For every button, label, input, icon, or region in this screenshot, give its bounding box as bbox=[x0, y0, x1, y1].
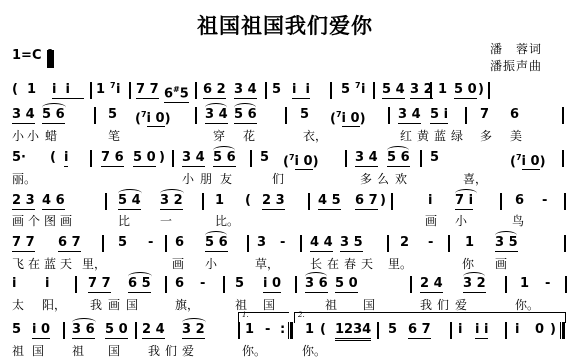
lyric: 欢 bbox=[395, 170, 407, 187]
lyric: 红 bbox=[400, 127, 412, 144]
note-group: (7i 0) bbox=[330, 107, 366, 127]
dash: - bbox=[148, 235, 153, 251]
note-group: 2 4 bbox=[142, 322, 165, 339]
lyric: 爱 bbox=[182, 342, 194, 359]
lyric: 太 bbox=[12, 296, 24, 313]
note: 5 bbox=[341, 82, 350, 98]
lyric: 在 bbox=[327, 255, 339, 272]
lyric: 喜， bbox=[463, 170, 487, 187]
lyric: 祖 bbox=[72, 342, 84, 359]
lyric: 鸟 bbox=[512, 212, 524, 229]
note: i bbox=[515, 322, 519, 338]
note-group: 7 7 bbox=[136, 82, 159, 99]
lyric: 国 bbox=[363, 296, 375, 313]
lyric: 美 bbox=[510, 127, 522, 144]
lyric: 个 bbox=[28, 212, 40, 229]
note-group: 1234 bbox=[335, 322, 371, 341]
grace-note: 7 bbox=[355, 78, 361, 94]
paren: ) bbox=[478, 82, 484, 98]
lyric: 蜡 bbox=[45, 127, 57, 144]
note: 5 bbox=[272, 82, 281, 98]
lyric: 比 bbox=[118, 212, 130, 229]
paren: ( bbox=[320, 322, 326, 338]
slur bbox=[42, 103, 66, 112]
dash: - bbox=[545, 276, 550, 292]
lyric: 笔 bbox=[108, 127, 120, 144]
paren: ) bbox=[380, 193, 386, 209]
lyric: 你。 bbox=[242, 342, 266, 359]
lyric: 蓝 bbox=[44, 255, 56, 272]
note: i bbox=[64, 150, 68, 167]
note: 3 bbox=[257, 235, 266, 251]
note: 5 bbox=[430, 150, 439, 166]
note-group: 5 0 bbox=[335, 276, 358, 293]
lyric: 旗， bbox=[175, 296, 199, 313]
lyric: 小 bbox=[455, 212, 467, 229]
note-group: i 0 bbox=[263, 276, 281, 293]
lyric: 画 bbox=[172, 255, 184, 272]
lyric: 丽。 bbox=[12, 170, 36, 187]
lyric: 春 bbox=[344, 255, 356, 272]
note-group: 3 4 bbox=[234, 82, 257, 99]
note-group: 5 0 bbox=[133, 150, 156, 167]
note-group: 2 3 bbox=[262, 193, 285, 210]
note: 1 bbox=[27, 82, 36, 98]
lyric: 里。 bbox=[388, 255, 412, 272]
slur bbox=[305, 272, 327, 281]
key-signature: 1=C bbox=[12, 48, 41, 63]
note-group: i 0 bbox=[32, 322, 50, 339]
note-group: 3 5 bbox=[340, 235, 363, 252]
slur bbox=[205, 231, 227, 240]
note: 6 bbox=[175, 276, 184, 292]
dash: - bbox=[280, 235, 285, 251]
lyric: 么 bbox=[377, 170, 389, 187]
repeat-barline bbox=[288, 322, 293, 339]
note: 1 bbox=[305, 322, 314, 338]
lyric: 绿 bbox=[451, 127, 463, 144]
note-group: 7 7 bbox=[12, 235, 35, 252]
lyric: 国 bbox=[263, 296, 275, 313]
lyric: 小 bbox=[182, 170, 194, 187]
paren: ) bbox=[550, 322, 556, 338]
note-group: 7 6 bbox=[101, 150, 124, 167]
note-group: 2 4 bbox=[420, 276, 443, 293]
note-group: 3 4 bbox=[12, 107, 35, 124]
dash: - bbox=[265, 322, 270, 338]
lyric: 朋 bbox=[200, 170, 212, 187]
lyric: 蓝 bbox=[434, 127, 446, 144]
slur bbox=[213, 146, 235, 155]
paren: ( bbox=[245, 193, 251, 209]
paren: ( bbox=[12, 82, 18, 98]
lyric: 比。 bbox=[215, 212, 239, 229]
paren: ( bbox=[50, 150, 56, 166]
note: i bbox=[458, 322, 462, 338]
lyric: 衣， bbox=[303, 127, 327, 144]
time-signature: 2 4 bbox=[47, 49, 53, 63]
note: i bbox=[116, 82, 120, 98]
lyric: 画 bbox=[12, 212, 24, 229]
note-group: ii bbox=[52, 82, 84, 99]
note-group: 3 4 bbox=[182, 150, 205, 167]
slur bbox=[205, 103, 227, 112]
slur bbox=[455, 189, 477, 198]
slur bbox=[495, 231, 517, 240]
lyric: 小 bbox=[205, 255, 217, 272]
note-group: 6 7 bbox=[355, 193, 378, 210]
note-group: 6 2 bbox=[203, 82, 226, 99]
note-group: 5· bbox=[12, 150, 26, 166]
note: 2 bbox=[400, 235, 409, 251]
lyricist-credit: 潘 蓉词 bbox=[490, 40, 542, 57]
note: 1 bbox=[96, 82, 105, 98]
lyric: 我 bbox=[420, 296, 432, 313]
note: 5 bbox=[108, 107, 117, 123]
lyric: 草， bbox=[255, 255, 279, 272]
lyric: 飞 bbox=[12, 255, 24, 272]
slur bbox=[72, 318, 96, 327]
note: 1 bbox=[438, 82, 447, 98]
paren: ) bbox=[159, 150, 165, 166]
note: 5 bbox=[235, 276, 244, 292]
note-group: 5 0 bbox=[105, 322, 128, 339]
note-group: 6#5 bbox=[164, 82, 189, 103]
note: 1 bbox=[215, 193, 224, 209]
note-group: 5 i bbox=[430, 107, 448, 124]
note: 5 bbox=[388, 322, 397, 338]
lyric: 你。 bbox=[515, 296, 539, 313]
note-group: 6 7 bbox=[58, 235, 81, 252]
lyric: 长 bbox=[310, 255, 322, 272]
slur bbox=[463, 272, 485, 281]
lyric: 我 bbox=[148, 342, 160, 359]
lyric: 画 bbox=[425, 212, 437, 229]
key-time-signature: 1=C 2 4 bbox=[12, 48, 53, 63]
note-group: 5 4 bbox=[382, 82, 405, 99]
repeat-sign: : bbox=[280, 322, 285, 338]
slur bbox=[128, 272, 152, 281]
lyric: 友 bbox=[220, 170, 232, 187]
slur bbox=[234, 103, 256, 112]
lyric: 你。 bbox=[302, 342, 326, 359]
note: 1 bbox=[465, 235, 474, 251]
note: 7 bbox=[480, 107, 489, 123]
note-group: 3 4 bbox=[355, 150, 378, 167]
note: 5 bbox=[118, 235, 127, 251]
note: i bbox=[428, 193, 432, 209]
note-group: 4 5 bbox=[318, 193, 341, 210]
note: i bbox=[12, 276, 16, 292]
note: 5 bbox=[300, 107, 309, 123]
note-group: (7i 0) bbox=[510, 150, 546, 170]
lyric: 画 bbox=[60, 212, 72, 229]
note-group: (7i 0) bbox=[135, 107, 171, 127]
note-group: i i bbox=[292, 82, 310, 99]
lyric: 们 bbox=[437, 296, 449, 313]
dash: - bbox=[428, 235, 433, 251]
lyric: 国 bbox=[126, 296, 138, 313]
lyric: 祖 bbox=[325, 296, 337, 313]
dash: - bbox=[542, 193, 547, 209]
dash: - bbox=[200, 276, 205, 292]
composer-credit: 潘振声曲 bbox=[490, 57, 542, 74]
note-group: 5 0 bbox=[454, 82, 477, 99]
lyric: 小 bbox=[27, 127, 39, 144]
note-group: i i bbox=[475, 322, 488, 339]
lyric: 画 bbox=[108, 296, 120, 313]
note: 1 bbox=[520, 276, 529, 292]
slur bbox=[118, 189, 142, 198]
note-group: 2 3 bbox=[12, 193, 35, 210]
note: 5 bbox=[12, 322, 21, 338]
slur bbox=[387, 146, 409, 155]
note: 5 bbox=[260, 150, 269, 166]
note: 1 bbox=[245, 322, 254, 338]
lyric: 我 bbox=[90, 296, 102, 313]
note: 6 bbox=[510, 107, 519, 123]
lyric: 天 bbox=[361, 255, 373, 272]
lyric: 你 bbox=[462, 255, 474, 272]
lyric: 一 bbox=[160, 212, 172, 229]
lyric: 多 bbox=[480, 127, 492, 144]
grace-note: 7 bbox=[110, 78, 116, 94]
lyric: 爱 bbox=[455, 296, 467, 313]
lyric: 祖 bbox=[12, 342, 24, 359]
lyric: 画 bbox=[495, 255, 507, 272]
lyric: 国 bbox=[32, 342, 44, 359]
lyric: 天 bbox=[60, 255, 72, 272]
lyric: 阳， bbox=[42, 296, 66, 313]
lyric: 多 bbox=[360, 170, 372, 187]
note-group: (7i 0) bbox=[283, 150, 319, 170]
note-group: 4 4 bbox=[310, 235, 333, 252]
note-group: 4 6 bbox=[42, 193, 65, 210]
slur bbox=[182, 318, 206, 327]
note: 0 bbox=[535, 322, 544, 338]
note: i bbox=[45, 276, 49, 292]
final-barline bbox=[560, 322, 565, 339]
lyric: 里， bbox=[82, 255, 106, 272]
note-group: 3 4 bbox=[398, 107, 421, 124]
song-title: 祖国祖国我们爱你 bbox=[0, 10, 570, 40]
lyric: 在 bbox=[28, 255, 40, 272]
note-group: 7 7 bbox=[88, 276, 111, 293]
lyric: 们 bbox=[165, 342, 177, 359]
lyric: 小 bbox=[12, 127, 24, 144]
note: 6 bbox=[175, 235, 184, 251]
note-group: 6 7 bbox=[408, 322, 431, 339]
lyric: 花 bbox=[243, 127, 255, 144]
lyric: 黄 bbox=[417, 127, 429, 144]
note: i bbox=[361, 82, 365, 98]
slur bbox=[160, 189, 184, 198]
lyric: 穿 bbox=[213, 127, 225, 144]
lyric: 们 bbox=[272, 170, 284, 187]
note: 6 bbox=[515, 193, 524, 209]
lyric: 图 bbox=[44, 212, 56, 229]
lyric: 国 bbox=[108, 342, 120, 359]
